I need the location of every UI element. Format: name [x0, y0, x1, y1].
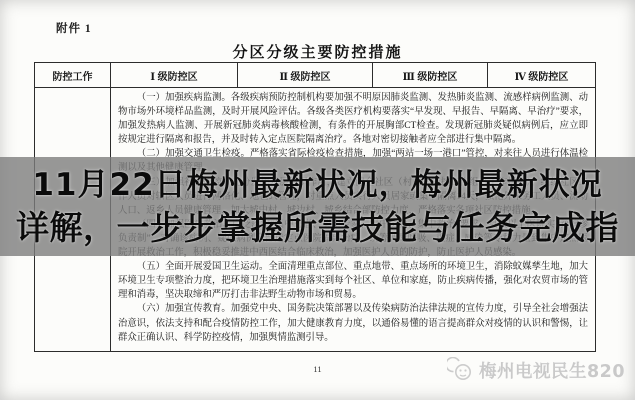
tv-station-logo-icon: [447, 357, 474, 383]
watermark-text: 梅州电视民生820: [479, 358, 625, 383]
watermark: 梅州电视民生820: [447, 357, 625, 383]
measure-paragraph: （一）加强疾病监测。各级疾病预防控制机构要加强不明原因肺炎监测、发热肺炎监测、流…: [118, 91, 588, 147]
header-cell-zone-1: Ⅰ 级防控区: [111, 63, 238, 87]
measure-paragraph: （六）加强宣传教育。加强党中央、国务院决策部署以及传染病防治法律法规的宣传力度，…: [118, 302, 588, 344]
headline-overlay-banner: 11月22日梅州最新状况，梅州最新状况 详解，一步步掌握所需技能与任务完成指: [0, 157, 635, 256]
table-header-row: 防控工作 Ⅰ 级防控区 Ⅱ 级防控区 Ⅲ 级防控区 Ⅳ 级防控区: [35, 63, 595, 88]
document-page: 附件 1 分区分级主要防控措施 防控工作 Ⅰ 级防控区 Ⅱ 级防控区 Ⅲ 级防控…: [0, 0, 635, 400]
headline-line-1: 11月22日梅州最新状况，梅州最新状况: [32, 164, 602, 206]
measure-paragraph: （五）全面开展爱国卫生运动。全面清理重点部位、重点地带、重点场所的环境卫生，消除…: [118, 260, 588, 302]
header-cell-zone-2: Ⅱ 级防控区: [238, 63, 373, 87]
headline-line-2: 详解，一步步掌握所需技能与任务完成指: [16, 206, 619, 250]
document-title: 分区分级主要防控措施: [0, 41, 635, 62]
header-cell-work: 防控工作: [35, 63, 111, 87]
header-cell-zone-3: Ⅲ 级防控区: [373, 63, 488, 87]
header-cell-zone-4: Ⅳ 级防控区: [488, 63, 595, 87]
attachment-label: 附件 1: [56, 20, 92, 36]
